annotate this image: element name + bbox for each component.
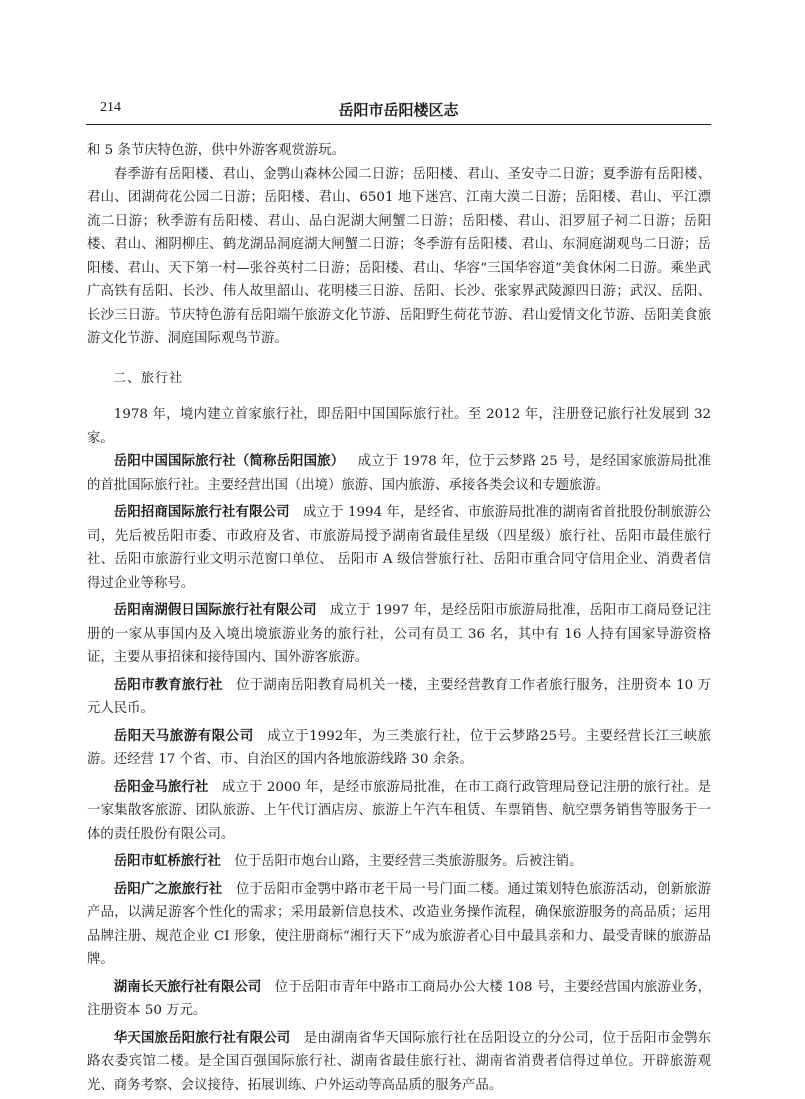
- agency-name: 岳阳广之旅旅行社: [114, 882, 223, 897]
- agency-name: 岳阳南湖假日国际旅行社有限公司: [114, 603, 317, 618]
- agency-name: 岳阳市教育旅行社: [114, 678, 223, 693]
- agency-name: 湖南长天旅行社有限公司: [114, 980, 261, 995]
- agency-description: 位于岳阳市炮台山路，主要经营三类旅游服务。后被注销。: [234, 854, 582, 869]
- agency-name: 岳阳天马旅游有限公司: [114, 729, 254, 744]
- agency-entry: 岳阳招商国际旅行社有限公司成立于 1994 年，是经省、市旅游局批准的湖南省首批…: [87, 501, 711, 595]
- agency-entry: 岳阳中国国际旅行社（简称岳阳国旅）成立于 1978 年，位于云梦路 25 号，是…: [87, 450, 711, 497]
- agency-entry: 岳阳市教育旅行社位于湖南岳阳教育局机关一楼，主要经营教育工作者旅行服务，注册资本…: [87, 674, 711, 721]
- agency-name: 华天国旅岳阳旅行社有限公司: [114, 1031, 291, 1046]
- agency-entry: 湖南长天旅行社有限公司位于岳阳市青年中路市工商局办公大楼 108 号，主要经营国…: [87, 976, 711, 1023]
- running-head: 214 岳阳市岳阳楼区志: [86, 98, 711, 122]
- agency-entry: 岳阳市虹桥旅行社位于岳阳市炮台山路，主要经营三类旅游服务。后被注销。: [87, 850, 711, 874]
- agency-entry: 岳阳天马旅游有限公司成立于1992年，为三类旅行社，位于云梦路25号。主要经营长…: [87, 725, 711, 772]
- book-title: 岳阳市岳阳楼区志: [86, 99, 711, 120]
- agency-entry: 岳阳广之旅旅行社位于岳阳市金鹗中路市老干局一号门面二楼。通过策划特色旅游活动，创…: [87, 878, 711, 972]
- agency-name: 岳阳市虹桥旅行社: [114, 854, 221, 869]
- agency-entry: 岳阳金马旅行社成立于 2000 年，是经市旅游局批准，在市工商行政管理局登记注册…: [87, 776, 711, 847]
- agency-name: 岳阳中国国际旅行社（简称岳阳国旅）: [114, 454, 344, 469]
- document-page: 214 岳阳市岳阳楼区志 和 5 条节庆特色游，供中外游客观赏游玩。 春季游有岳…: [0, 0, 805, 1099]
- section-heading: 二、旅行社: [87, 367, 711, 391]
- header-rule: [86, 124, 711, 125]
- continuation-paragraph: 和 5 条节庆特色游，供中外游客观赏游玩。: [87, 139, 711, 163]
- agency-entry: 岳阳南湖假日国际旅行社有限公司成立于 1997 年，是经岳阳市旅游局批准，岳阳市…: [87, 599, 711, 670]
- seasonal-routes-paragraph: 春季游有岳阳楼、君山、金鹗山森林公园二日游；岳阳楼、君山、圣安寺二日游；夏季游有…: [87, 163, 711, 351]
- agency-summary-paragraph: 1978 年，境内建立首家旅行社，即岳阳中国国际旅行社。至 2012 年，注册登…: [87, 403, 711, 450]
- body-text: 和 5 条节庆特色游，供中外游客观赏游玩。 春季游有岳阳楼、君山、金鹗山森林公园…: [87, 139, 711, 1097]
- agency-name: 岳阳招商国际旅行社有限公司: [114, 505, 290, 520]
- agency-name: 岳阳金马旅行社: [114, 780, 209, 795]
- agency-entry: 华天国旅岳阳旅行社有限公司是由湖南省华天国际旅行社在岳阳设立的分公司，位于岳阳市…: [87, 1027, 711, 1098]
